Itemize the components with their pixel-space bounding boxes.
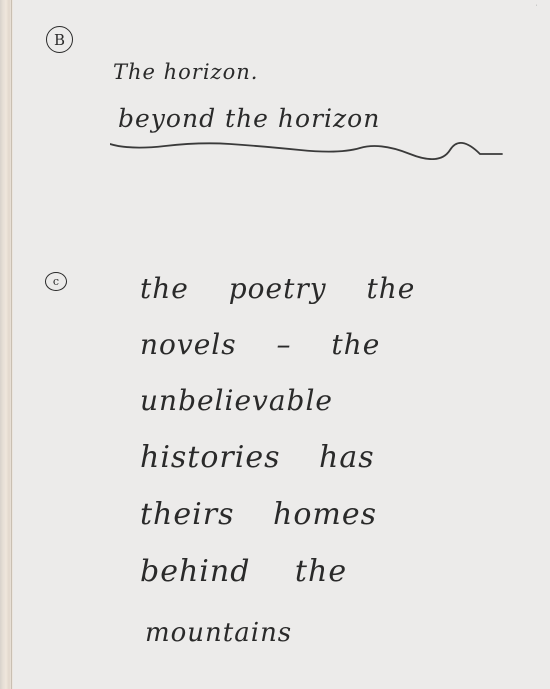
section-label-c-text: c xyxy=(53,275,59,288)
body-line-2: novels – the xyxy=(140,328,380,361)
heading-line-2: beyond the horizon xyxy=(118,104,380,133)
section-label-b-text: B xyxy=(54,31,65,49)
body-line-6: behind the xyxy=(140,554,347,589)
wavy-underline xyxy=(110,138,505,160)
section-label-c: c xyxy=(45,272,67,291)
section-label-b: B xyxy=(46,26,73,53)
body-line-3: unbelievable xyxy=(140,384,333,417)
body-line-4: histories has xyxy=(140,440,375,475)
manuscript-page: ʾ B The horizon. beyond the horizon c th… xyxy=(0,0,550,689)
body-line-5: theirs homes xyxy=(140,497,377,532)
page-corner-mark: ʾ xyxy=(536,4,538,10)
heading-line-1: The horizon. xyxy=(113,60,258,84)
body-line-7: mountains xyxy=(145,618,292,648)
body-line-1: the poetry the xyxy=(140,272,415,305)
binding-line xyxy=(11,0,12,689)
